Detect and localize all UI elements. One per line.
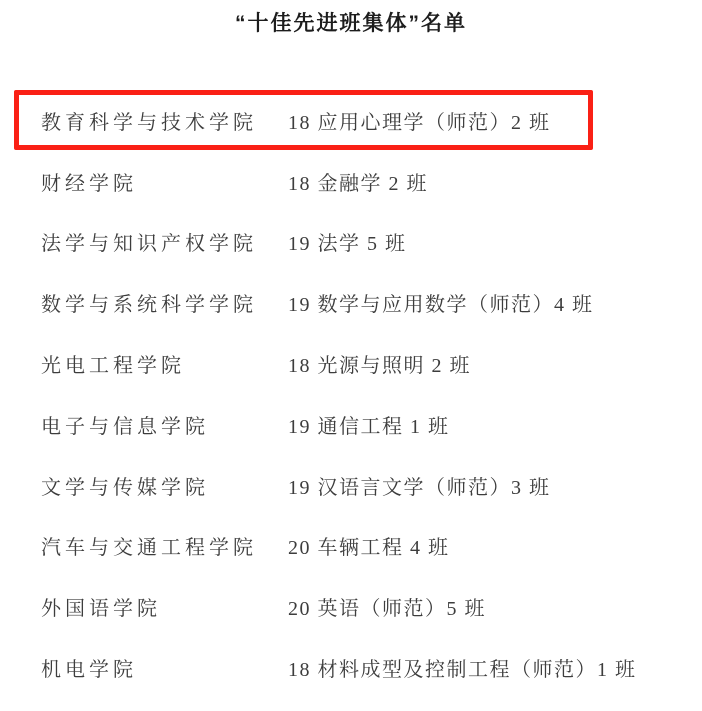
college-name: 教育科学与技术学院 xyxy=(41,106,288,135)
college-name: 光电工程学院 xyxy=(41,349,288,378)
college-name: 法学与知识产权学院 xyxy=(41,227,288,256)
award-row: 数学与系统科学学院 19 数学与应用数学（师范）4 班 xyxy=(0,272,702,333)
award-row: 汽车与交通工程学院 20 车辆工程 4 班 xyxy=(0,516,702,577)
college-name: 汽车与交通工程学院 xyxy=(41,531,288,560)
college-name: 机电学院 xyxy=(41,653,288,682)
document-page: “十佳先进班集体”名单 教育科学与技术学院 18 应用心理学（师范）2 班 财经… xyxy=(0,0,702,711)
award-row: 光电工程学院 18 光源与照明 2 班 xyxy=(0,333,702,394)
class-name: 18 金融学 2 班 xyxy=(288,167,428,196)
award-row: 电子与信息学院 19 通信工程 1 班 xyxy=(0,394,702,455)
class-name: 20 英语（师范）5 班 xyxy=(288,592,486,621)
award-row: 文学与传媒学院 19 汉语言文学（师范）3 班 xyxy=(0,455,702,516)
award-row: 财经学院 18 金融学 2 班 xyxy=(0,151,702,212)
page-title: “十佳先进班集体”名单 xyxy=(0,7,702,37)
award-row: 外国语学院 20 英语（师范）5 班 xyxy=(0,576,702,637)
college-name: 电子与信息学院 xyxy=(41,410,288,439)
class-name: 19 数学与应用数学（师范）4 班 xyxy=(288,288,594,317)
class-name: 20 车辆工程 4 班 xyxy=(288,531,450,560)
award-row: 法学与知识产权学院 19 法学 5 班 xyxy=(0,212,702,273)
college-name: 文学与传媒学院 xyxy=(41,471,288,500)
college-name: 数学与系统科学学院 xyxy=(41,288,288,317)
class-name: 19 法学 5 班 xyxy=(288,227,407,256)
class-name: 18 光源与照明 2 班 xyxy=(288,349,471,378)
class-name: 18 应用心理学（师范）2 班 xyxy=(288,106,551,135)
class-name: 19 通信工程 1 班 xyxy=(288,410,450,439)
class-name: 18 材料成型及控制工程（师范）1 班 xyxy=(288,653,637,682)
award-list: 教育科学与技术学院 18 应用心理学（师范）2 班 财经学院 18 金融学 2 … xyxy=(0,90,702,698)
award-row: 机电学院 18 材料成型及控制工程（师范）1 班 xyxy=(0,637,702,698)
college-name: 外国语学院 xyxy=(41,592,288,621)
college-name: 财经学院 xyxy=(41,167,288,196)
class-name: 19 汉语言文学（师范）3 班 xyxy=(288,471,551,500)
award-row: 教育科学与技术学院 18 应用心理学（师范）2 班 xyxy=(0,90,702,151)
